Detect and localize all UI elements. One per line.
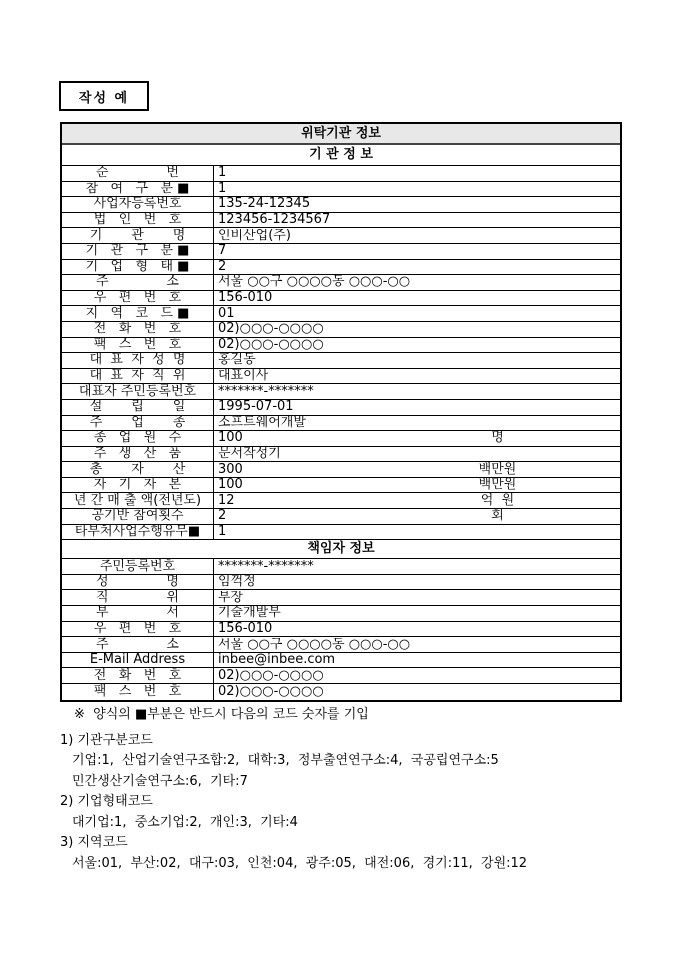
table-row: 기 관 구 분 ■7 bbox=[62, 244, 620, 260]
field-value-cell: 01 bbox=[214, 306, 620, 321]
field-value-cell: 부장 bbox=[214, 590, 620, 605]
field-value-cell: 1 bbox=[214, 166, 620, 181]
table-row: 참 여 구 분 ■1 bbox=[62, 182, 620, 198]
field-value-cell: inbee@inbee.com bbox=[214, 653, 620, 668]
field-value-cell: 서울 ○○구 ○○○○동 ○○○-○○ bbox=[214, 637, 620, 652]
field-value: 12 bbox=[214, 494, 375, 508]
field-label: 주 소 bbox=[62, 637, 214, 652]
table-row: 우 편 번 호156-010 bbox=[62, 622, 620, 638]
field-value-cell: 서울 ○○구 ○○○○동 ○○○-○○ bbox=[214, 275, 620, 290]
field-value-cell: *******-******* bbox=[214, 384, 620, 399]
field-value: 100 bbox=[214, 431, 375, 445]
field-label: E-Mail Address bbox=[62, 653, 214, 668]
field-label: 총 자 산 bbox=[62, 462, 214, 477]
field-value-cell: 소프트웨어개발 bbox=[214, 416, 620, 431]
field-label: 우 편 번 호 bbox=[62, 622, 214, 637]
table-row: 공기반 참여횟수2회 bbox=[62, 509, 620, 525]
table-row: 지 역 코 드 ■01 bbox=[62, 306, 620, 322]
field-value: 156-010 bbox=[214, 622, 620, 636]
table-row: 대 표 자 직 위대표이사 bbox=[62, 369, 620, 385]
field-unit: 명 bbox=[375, 431, 620, 445]
field-value-cell: *******-******* bbox=[214, 559, 620, 574]
table-row: 팩 스 번 호02)○○○-○○○○ bbox=[62, 338, 620, 354]
field-label: 법 인 번 호 bbox=[62, 213, 214, 228]
field-label: 사업자등록번호 bbox=[62, 197, 214, 212]
field-value: 기술개발부 bbox=[214, 606, 620, 620]
field-value: 1 bbox=[214, 182, 620, 196]
table-row: 주민등록번호*******-******* bbox=[62, 559, 620, 575]
field-value: 홍길동 bbox=[214, 353, 620, 367]
field-label: 공기반 참여횟수 bbox=[62, 509, 214, 524]
table-row: 종 업 원 수100명 bbox=[62, 431, 620, 447]
table-row: 주 소서울 ○○구 ○○○○동 ○○○-○○ bbox=[62, 637, 620, 653]
field-label: 성 명 bbox=[62, 575, 214, 590]
field-value-cell: 1 bbox=[214, 525, 620, 540]
code-list-line: 대기업:1, 중소기업:2, 개인:3, 기타:4 bbox=[58, 813, 628, 834]
field-value-cell: 156-010 bbox=[214, 291, 620, 306]
field-value-cell: 156-010 bbox=[214, 622, 620, 637]
table-row: E-Mail Addressinbee@inbee.com bbox=[62, 653, 620, 669]
field-label: 타부처사업수행유무■ bbox=[62, 525, 214, 540]
field-label: 자 기 자 본 bbox=[62, 478, 214, 493]
field-label: 기 업 형 태 ■ bbox=[62, 260, 214, 275]
table-row: 법 인 번 호123456-1234567 bbox=[62, 213, 620, 229]
field-label: 기 관 구 분 ■ bbox=[62, 244, 214, 259]
section-header-2: 책임자 정보 bbox=[62, 540, 620, 559]
field-value-cell: 7 bbox=[214, 244, 620, 259]
section-header-1: 기 관 정 보 bbox=[62, 145, 620, 166]
field-value-cell: 12억 원 bbox=[214, 493, 620, 508]
field-value: 02)○○○-○○○○ bbox=[214, 322, 620, 336]
field-value: inbee@inbee.com bbox=[214, 653, 620, 667]
table-row: 전 화 번 호02)○○○-○○○○ bbox=[62, 322, 620, 338]
code-list-heading-2: 2) 기업형태코드 bbox=[58, 792, 628, 813]
table-row: 주 소서울 ○○구 ○○○○동 ○○○-○○ bbox=[62, 275, 620, 291]
table-row: 팩 스 번 호02)○○○-○○○○ bbox=[62, 684, 620, 700]
table-row: 설 립 일1995-07-01 bbox=[62, 400, 620, 416]
field-value: 02)○○○-○○○○ bbox=[214, 685, 620, 699]
field-value: 156-010 bbox=[214, 291, 620, 305]
table-row: 기 관 명인비산업(주) bbox=[62, 228, 620, 244]
field-value: 1 bbox=[214, 525, 620, 539]
code-list-heading-3: 3) 지역코드 bbox=[58, 833, 628, 854]
field-label: 대 표 자 직 위 bbox=[62, 369, 214, 384]
footnote-code-lists: 1) 기관구분코드기업:1, 산업기술연구조합:2, 대학:3, 정부출연연구소… bbox=[58, 731, 628, 875]
field-value-cell: 홍길동 bbox=[214, 353, 620, 368]
field-value: *******-******* bbox=[214, 560, 620, 574]
field-label: 년 간 매 출 액(전년도) bbox=[62, 493, 214, 508]
field-value: 부장 bbox=[214, 591, 620, 605]
field-value-cell: 02)○○○-○○○○ bbox=[214, 322, 620, 337]
field-label: 대표자 주민등록번호 bbox=[62, 384, 214, 399]
field-value-cell: 2회 bbox=[214, 509, 620, 524]
field-label: 지 역 코 드 ■ bbox=[62, 306, 214, 321]
example-badge-label: 작성 예 bbox=[79, 87, 129, 106]
table-row: 성 명임꺽정 bbox=[62, 575, 620, 591]
example-badge: 작성 예 bbox=[59, 81, 149, 111]
table-row: 주 업 종소프트웨어개발 bbox=[62, 416, 620, 432]
field-label: 전 화 번 호 bbox=[62, 668, 214, 683]
table-row: 대 표 자 성 명홍길동 bbox=[62, 353, 620, 369]
field-value: *******-******* bbox=[214, 385, 620, 399]
code-list-line: 기업:1, 산업기술연구조합:2, 대학:3, 정부출연연구소:4, 국공립연구… bbox=[58, 751, 628, 772]
field-label: 참 여 구 분 ■ bbox=[62, 182, 214, 197]
table-row: 타부처사업수행유무■1 bbox=[62, 525, 620, 541]
field-label: 대 표 자 성 명 bbox=[62, 353, 214, 368]
field-label: 직 위 bbox=[62, 590, 214, 605]
field-label: 종 업 원 수 bbox=[62, 431, 214, 446]
field-value: 300 bbox=[214, 463, 375, 477]
field-value: 02)○○○-○○○○ bbox=[214, 669, 620, 683]
table-row: 직 위부장 bbox=[62, 590, 620, 606]
field-unit: 회 bbox=[375, 509, 620, 523]
field-value: 100 bbox=[214, 478, 375, 492]
table-row: 주 생 산 품문서작성기 bbox=[62, 447, 620, 463]
field-value-cell: 02)○○○-○○○○ bbox=[214, 684, 620, 700]
field-value-cell: 인비산업(주) bbox=[214, 228, 620, 243]
field-value: 7 bbox=[214, 244, 620, 258]
field-label: 주 업 종 bbox=[62, 416, 214, 431]
field-value-cell: 문서작성기 bbox=[214, 447, 620, 462]
field-value-cell: 1995-07-01 bbox=[214, 400, 620, 415]
document-page: 작성 예 위탁기관 정보 기 관 정 보순 번1참 여 구 분 ■1사업자등록번… bbox=[0, 0, 680, 962]
table-row: 자 기 자 본100백만원 bbox=[62, 478, 620, 494]
footnote-instruction: ※ 양식의 ■부분은 반드시 다음의 코드 숫자를 기입 bbox=[58, 705, 628, 726]
field-value: 1 bbox=[214, 166, 620, 180]
table-row: 기 업 형 태 ■2 bbox=[62, 260, 620, 276]
field-label: 팩 스 번 호 bbox=[62, 338, 214, 353]
field-value: 대표이사 bbox=[214, 369, 620, 383]
table-body: 기 관 정 보순 번1참 여 구 분 ■1사업자등록번호135-24-12345… bbox=[62, 145, 620, 700]
field-value: 02)○○○-○○○○ bbox=[214, 338, 620, 352]
field-label: 부 서 bbox=[62, 606, 214, 621]
field-label: 주 생 산 품 bbox=[62, 447, 214, 462]
table-row: 순 번1 bbox=[62, 166, 620, 182]
field-value: 123456-1234567 bbox=[214, 213, 620, 227]
table-row: 우 편 번 호156-010 bbox=[62, 291, 620, 307]
field-value: 2 bbox=[214, 509, 375, 523]
code-list-line: 민간생산기술연구소:6, 기타:7 bbox=[58, 772, 628, 793]
field-value-cell: 대표이사 bbox=[214, 369, 620, 384]
field-unit: 백만원 bbox=[375, 478, 620, 492]
field-label: 순 번 bbox=[62, 166, 214, 181]
table-title: 위탁기관 정보 bbox=[62, 124, 620, 145]
field-value-cell: 123456-1234567 bbox=[214, 213, 620, 228]
table-row: 전 화 번 호02)○○○-○○○○ bbox=[62, 668, 620, 684]
field-value-cell: 2 bbox=[214, 260, 620, 275]
field-value: 2 bbox=[214, 260, 620, 274]
table-row: 사업자등록번호135-24-12345 bbox=[62, 197, 620, 213]
field-label: 우 편 번 호 bbox=[62, 291, 214, 306]
field-label: 팩 스 번 호 bbox=[62, 684, 214, 700]
table-row: 부 서기술개발부 bbox=[62, 606, 620, 622]
field-value: 임꺽정 bbox=[214, 575, 620, 589]
table-row: 대표자 주민등록번호*******-******* bbox=[62, 384, 620, 400]
field-value: 1995-07-01 bbox=[214, 400, 620, 414]
field-value-cell: 135-24-12345 bbox=[214, 197, 620, 212]
field-value-cell: 100명 bbox=[214, 431, 620, 446]
code-list-heading-1: 1) 기관구분코드 bbox=[58, 731, 628, 752]
field-value: 소프트웨어개발 bbox=[214, 416, 620, 430]
field-value-cell: 02)○○○-○○○○ bbox=[214, 338, 620, 353]
field-value-cell: 기술개발부 bbox=[214, 606, 620, 621]
field-value: 135-24-12345 bbox=[214, 197, 620, 211]
code-list-line: 서울:01, 부산:02, 대구:03, 인천:04, 광주:05, 대전:06… bbox=[58, 854, 628, 875]
field-label: 전 화 번 호 bbox=[62, 322, 214, 337]
field-value-cell: 02)○○○-○○○○ bbox=[214, 668, 620, 683]
field-value: 서울 ○○구 ○○○○동 ○○○-○○ bbox=[214, 275, 620, 289]
table-row: 총 자 산300백만원 bbox=[62, 462, 620, 478]
field-value: 인비산업(주) bbox=[214, 229, 620, 243]
field-label: 설 립 일 bbox=[62, 400, 214, 415]
field-value: 문서작성기 bbox=[214, 447, 620, 461]
footnotes: ※ 양식의 ■부분은 반드시 다음의 코드 숫자를 기입 1) 기관구분코드기업… bbox=[58, 705, 628, 874]
field-value-cell: 100백만원 bbox=[214, 478, 620, 493]
field-value: 서울 ○○구 ○○○○동 ○○○-○○ bbox=[214, 638, 620, 652]
field-unit: 억 원 bbox=[375, 494, 620, 508]
field-label: 기 관 명 bbox=[62, 228, 214, 243]
field-value-cell: 300백만원 bbox=[214, 462, 620, 477]
field-value: 01 bbox=[214, 307, 620, 321]
table-row: 년 간 매 출 액(전년도)12억 원 bbox=[62, 493, 620, 509]
field-label: 주민등록번호 bbox=[62, 559, 214, 574]
field-value-cell: 임꺽정 bbox=[214, 575, 620, 590]
field-label: 주 소 bbox=[62, 275, 214, 290]
field-unit: 백만원 bbox=[375, 463, 620, 477]
field-value-cell: 1 bbox=[214, 182, 620, 197]
institution-info-table: 위탁기관 정보 기 관 정 보순 번1참 여 구 분 ■1사업자등록번호135-… bbox=[60, 122, 622, 702]
